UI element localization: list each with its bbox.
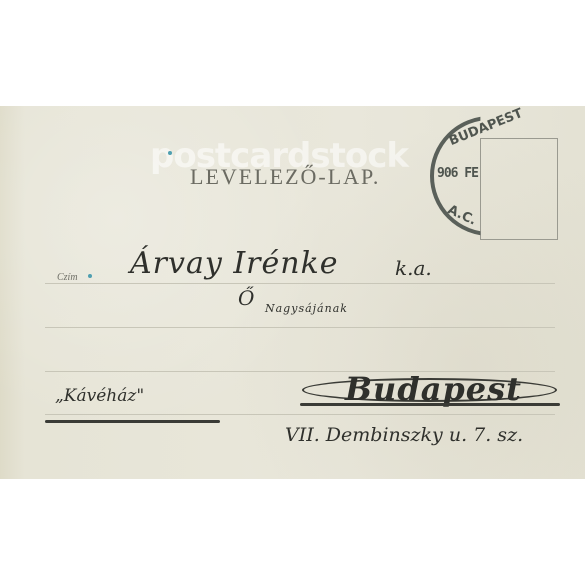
address-line-2 [45,327,555,328]
ink-spot [88,274,92,278]
place-underline [45,420,220,423]
recipient-name: Árvay Irénke [130,246,339,281]
city-underline [300,403,560,406]
address-line-1 [45,283,555,284]
ink-spot [168,151,172,155]
address-label: Czím [57,272,78,283]
honorific: Ő [238,286,254,310]
place-note: „Kávéház" [55,386,144,406]
stamp-box [480,138,558,240]
address-line-4 [45,414,555,415]
honorific-line: Nagysájának [265,302,348,315]
postcard: postcardstock LEVELEZŐ-LAP. BUDAPEST 906… [0,106,585,479]
postmark-date: 906 FE [437,166,478,181]
postcard-title: LEVELEZŐ-LAP. [190,164,380,190]
street-address: VII. Dembinszky u. 7. sz. [285,424,523,446]
recipient-suffix: k.a. [395,256,432,280]
